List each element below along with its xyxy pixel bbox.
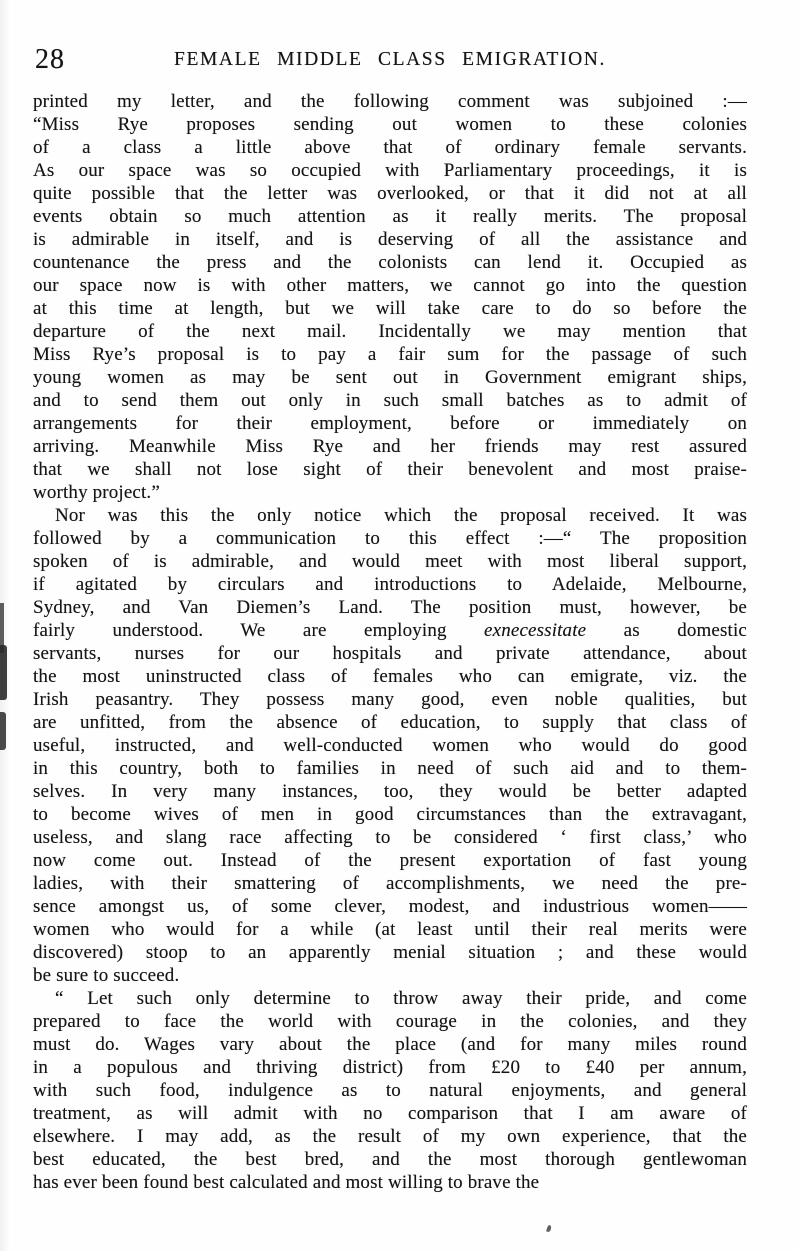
text-line: “ Let such only determine to throw away … [33, 987, 747, 1010]
text-line: of a class a little above that of ordina… [33, 136, 747, 159]
text-line: treatment, as will admit with no compari… [33, 1102, 747, 1125]
text-line: if agitated by circulars and introductio… [33, 573, 747, 596]
text-line: arrangements for their employment, befor… [33, 412, 747, 435]
text-line: departure of the next mail. Incidentally… [33, 320, 747, 343]
text-line: useless, and slang race affecting to be … [33, 826, 747, 849]
text-line: Miss Rye’s proposal is to pay a fair sum… [33, 343, 747, 366]
text-line: elsewhere. I may add, as the result of m… [33, 1125, 747, 1148]
text-line: As our space was so occupied with Parlia… [33, 159, 747, 182]
scanned-book-page: 28 FEMALE MIDDLE CLASS EMIGRATION. print… [0, 0, 798, 1251]
text-line: in this country, both to families in nee… [33, 757, 747, 780]
running-title: FEMALE MIDDLE CLASS EMIGRATION. [33, 49, 747, 71]
text-line: ladies, with their smattering of accompl… [33, 872, 747, 895]
scan-artifact-edge [0, 712, 6, 750]
scan-artifact-edge [0, 645, 7, 700]
text-line: printed my letter, and the following com… [33, 90, 747, 113]
paragraph: printed my letter, and the following com… [33, 90, 747, 504]
text-line: selves. In very many instances, too, the… [33, 780, 747, 803]
text-line: best educated, the best bred, and the mo… [33, 1148, 747, 1171]
text-line: arriving. Meanwhile Miss Rye and her fri… [33, 435, 747, 458]
text-line: the most uninstructed class of females w… [33, 665, 747, 688]
scan-artifact-speck [546, 1225, 552, 1233]
text-line: and to send them out only in such small … [33, 389, 747, 412]
text-line: quite possible that the letter was overl… [33, 182, 747, 205]
text-line: events obtain so much attention as it re… [33, 205, 747, 228]
text-line: spoken of is admirable, and would meet w… [33, 550, 747, 573]
text-line: has ever been found best calculated and … [33, 1171, 747, 1194]
page-body: printed my letter, and the following com… [33, 90, 747, 1194]
page-header: 28 FEMALE MIDDLE CLASS EMIGRATION. [33, 42, 747, 78]
text-line: must do. Wages vary about the place (and… [33, 1033, 747, 1056]
text-line: prepared to face the world with courage … [33, 1010, 747, 1033]
text-line: Sydney, and Van Diemen’s Land. The posit… [33, 596, 747, 619]
text-line: discovered) stoop to an apparently menia… [33, 941, 747, 964]
text-line: are unfitted, from the absence of educat… [33, 711, 747, 734]
text-line: that we shall not lose sight of their be… [33, 458, 747, 481]
text-line: is admirable in itself, and is deserving… [33, 228, 747, 251]
text-line: countenance the press and the colonists … [33, 251, 747, 274]
text-line: now come out. Instead of the present exp… [33, 849, 747, 872]
text-line: in a populous and thriving district) fro… [33, 1056, 747, 1079]
text-line: Irish peasantry. They possess many good,… [33, 688, 747, 711]
text-line: servants, nurses for our hospitals and p… [33, 642, 747, 665]
text-line: fairly understood. We are employing exne… [33, 619, 747, 642]
text-line: with such food, indulgence as to natural… [33, 1079, 747, 1102]
text-line: at this time at length, but we will take… [33, 297, 747, 320]
text-line: Nor was this the only notice which the p… [33, 504, 747, 527]
text-line: useful, instructed, and well-conducted w… [33, 734, 747, 757]
paragraph: “ Let such only determine to throw away … [33, 987, 747, 1194]
text-line: followed by a communication to this effe… [33, 527, 747, 550]
text-line: sence amongst us, of some clever, modest… [33, 895, 747, 918]
text-line: our space now is with other matters, we … [33, 274, 747, 297]
text-line: be sure to succeed. [33, 964, 747, 987]
text-line: young women as may be sent out in Govern… [33, 366, 747, 389]
text-line: worthy project.” [33, 481, 747, 504]
text-line: women who would for a while (at least un… [33, 918, 747, 941]
text-line: to become wives of men in good circumsta… [33, 803, 747, 826]
text-line: “Miss Rye proposes sending out women to … [33, 113, 747, 136]
paragraph: Nor was this the only notice which the p… [33, 504, 747, 987]
